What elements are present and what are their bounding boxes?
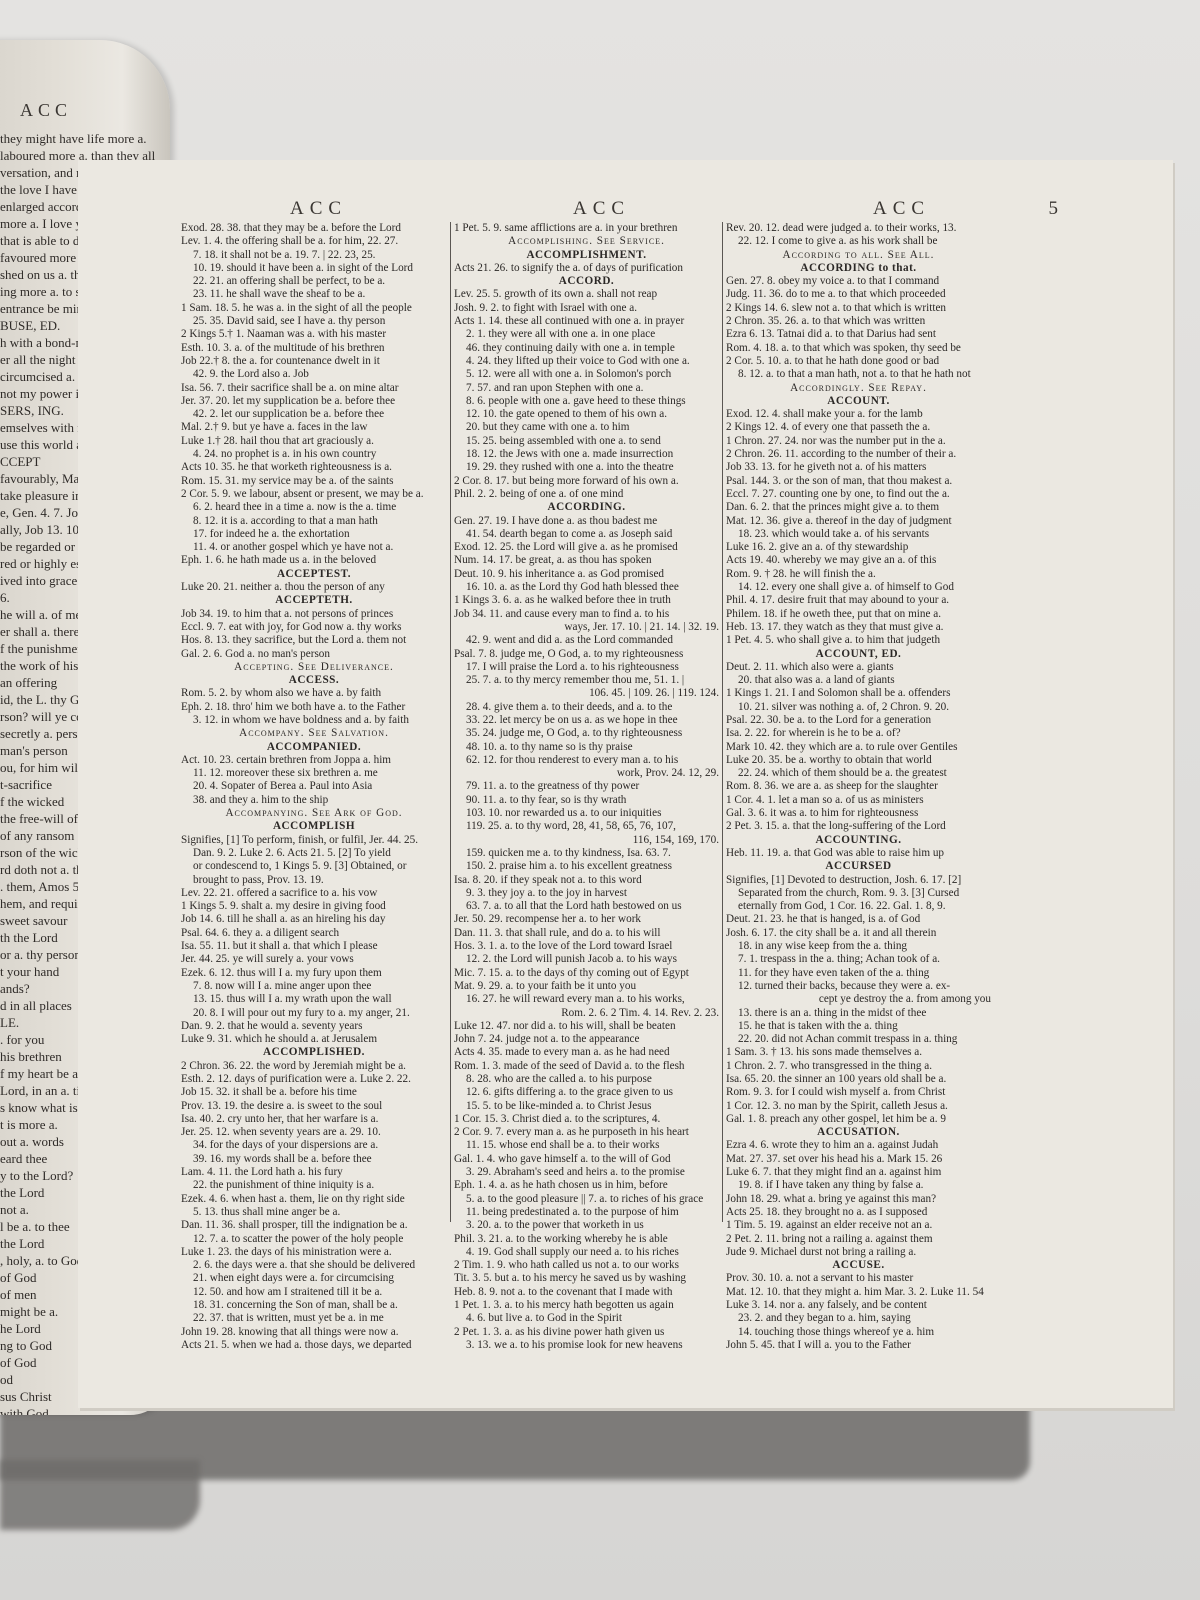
entry-line: Hos. 3. 1. a. to the love of the Lord to… xyxy=(454,940,719,953)
entry-line: Eph. 1. 6. he hath made us a. in the bel… xyxy=(181,554,447,567)
entry-line: Luke 1. 23. the days of his ministration… xyxy=(181,1246,447,1259)
left-page-line: they might have life more a. xyxy=(0,130,170,147)
entry-line: 2 Chron. 26. 11. according to the number… xyxy=(726,448,991,461)
entry-line: Exod. 28. 38. that they may be a. before… xyxy=(181,222,447,235)
entry-line: Ezek. 6. 12. thus will I a. my fury upon… xyxy=(181,967,447,980)
entry-line: 25. 35. David said, see I have a. thy pe… xyxy=(181,315,447,328)
entry-line: Lev. 25. 5. growth of its own a. shall n… xyxy=(454,288,719,301)
entry-line: Heb. 13. 17. they watch as they that mus… xyxy=(726,621,991,634)
entry-line: Mat. 9. 29. a. to your faith be it unto … xyxy=(454,980,719,993)
entry-line: Jude 9. Michael durst not bring a railin… xyxy=(726,1246,991,1259)
entry-line: Rev. 20. 12. dead were judged a. to thei… xyxy=(726,222,991,235)
entry-line: 8. 28. who are the called a. to his purp… xyxy=(454,1073,719,1086)
entry-line: Acts 19. 40. whereby we may give an a. o… xyxy=(726,554,991,567)
entry-line: 15. he that is taken with the a. thing xyxy=(726,1020,991,1033)
entry-line: 11. 15. whose end shall be a. to their w… xyxy=(454,1139,719,1152)
entry-line: 10. 21. silver was nothing a. of, 2 Chro… xyxy=(726,701,991,714)
entry-line: ways, Jer. 17. 10. | 21. 14. | 32. 19. xyxy=(454,621,719,634)
entry-line: Mat. 12. 36. give a. thereof in the day … xyxy=(726,515,991,528)
entry-line: 3. 13. we a. to his promise look for new… xyxy=(454,1339,719,1352)
entry-line: 2 Cor. 5. 10. a. to that he hath done go… xyxy=(726,355,991,368)
entry-line: John 18. 29. what a. bring ye against th… xyxy=(726,1193,991,1206)
entry-line: Deut. 10. 9. his inheritance a. as God p… xyxy=(454,568,719,581)
entry-line: Josh. 6. 17. the city shall be a. it and… xyxy=(726,927,991,940)
entry-line: Job 22.† 8. the a. for countenance dwelt… xyxy=(181,355,447,368)
entry-line: Lev. 22. 21. offered a sacrifice to a. h… xyxy=(181,887,447,900)
entry-line: 48. 10. a. to thy name so is thy praise xyxy=(454,741,719,754)
entry-line: John 5. 45. that I will a. you to the Fa… xyxy=(726,1339,991,1352)
entry-line: Deut. 2. 11. which also were a. giants xyxy=(726,661,991,674)
entry-line: 2 Chron. 35. 26. a. to that which was wr… xyxy=(726,315,991,328)
entry-line: 2 Cor. 9. 7. every man a. as he purposet… xyxy=(454,1126,719,1139)
entry-line: 14. 12. every one shall give a. of himse… xyxy=(726,581,991,594)
entry-line: 3. 20. a. to the power that worketh in u… xyxy=(454,1219,719,1232)
entry-line: 7. 18. it shall not be a. 19. 7. | 22. 2… xyxy=(181,249,447,262)
entry-line: Exod. 12. 25. the Lord will give a. as h… xyxy=(454,541,719,554)
cross-reference: Accepting. See Deliverance. xyxy=(181,661,447,674)
entry-line: 1 Chron. 2. 7. who transgressed in the t… xyxy=(726,1060,991,1073)
entry-line: 13. there is an a. thing in the midst of… xyxy=(726,1007,991,1020)
page-text-area: ACC ACC ACC 5 Exod. 28. 38. that they ma… xyxy=(178,160,1098,1408)
entry-line: 12. 7. a. to scatter the power of the ho… xyxy=(181,1233,447,1246)
entry-line: 3. 12. in whom we have boldness and a. b… xyxy=(181,714,447,727)
entry-line: 2 Chron. 36. 22. the word by Jeremiah mi… xyxy=(181,1060,447,1073)
entry-line: Mat. 12. 10. that they might a. him Mar.… xyxy=(726,1286,991,1299)
entry-line: Esth. 2. 12. days of purification were a… xyxy=(181,1073,447,1086)
entry-line: Job 15. 32. it shall be a. before his ti… xyxy=(181,1086,447,1099)
entry-line: Mark 10. 42. they which are a. to rule o… xyxy=(726,741,991,754)
entry-line: 3. 29. Abraham's seed and heirs a. to th… xyxy=(454,1166,719,1179)
entry-line: Job 34. 19. to him that a. not persons o… xyxy=(181,608,447,621)
entry-line: Psal. 144. 3. or the son of man, that th… xyxy=(726,475,991,488)
entry-line: Mat. 27. 37. set over his head his a. Ma… xyxy=(726,1153,991,1166)
headword: ACCOUNT, ED. xyxy=(726,648,991,661)
entry-line: Dan. 9. 2. Luke 2. 6. Acts 21. 5. [2] To… xyxy=(181,847,447,860)
entry-line: 22. 21. an offering shall be perfect, to… xyxy=(181,275,447,288)
entry-line: 106. 45. | 109. 26. | 119. 124. xyxy=(454,687,719,700)
entry-line: Eccl. 9. 7. eat with joy, for God now a.… xyxy=(181,621,447,634)
headword: ACCEPTETH. xyxy=(181,594,447,607)
entry-line: Psal. 64. 6. they a. a diligent search xyxy=(181,927,447,940)
entry-line: Dan. 11. 3. that shall rule, and do a. t… xyxy=(454,927,719,940)
entry-line: Acts 4. 35. made to every man a. as he h… xyxy=(454,1046,719,1059)
entry-line: Eph. 1. 4. a. as he hath chosen us in hi… xyxy=(454,1179,719,1192)
cross-reference: Accompany. See Salvation. xyxy=(181,727,447,740)
entry-line: 4. 24. they lifted up their voice to God… xyxy=(454,355,719,368)
entry-line: Philem. 18. if he oweth thee, put that o… xyxy=(726,608,991,621)
page-number: 5 xyxy=(1049,198,1059,220)
entry-line: 5. 12. were all with one a. in Solomon's… xyxy=(454,368,719,381)
entry-line: 2 Pet. 2. 11. bring not a railing a. aga… xyxy=(726,1233,991,1246)
entry-line: Phil. 2. 2. being of one a. of one mind xyxy=(454,488,719,501)
cross-reference: Accordingly. See Repay. xyxy=(726,382,991,395)
entry-line: 46. they continuing daily with one a. in… xyxy=(454,342,719,355)
entry-line: Tit. 3. 5. but a. to his mercy he saved … xyxy=(454,1272,719,1285)
running-header: ACC ACC ACC 5 xyxy=(178,198,1098,222)
entry-line: 159. quicken me a. to thy kindness, Isa.… xyxy=(454,847,719,860)
entry-line: 1 Sam. 18. 5. he was a. in the sight of … xyxy=(181,302,447,315)
entry-line: 2 Kings 14. 6. slew not a. to that which… xyxy=(726,302,991,315)
entry-line: 5. a. to the good pleasure || 7. a. to r… xyxy=(454,1193,719,1206)
entry-line: Hos. 8. 13. they sacrifice, but the Lord… xyxy=(181,634,447,647)
entry-line: 15. 5. to be like-minded a. to Christ Je… xyxy=(454,1100,719,1113)
entry-line: Isa. 56. 7. their sacrifice shall be a. … xyxy=(181,382,447,395)
entry-line: 22. 20. did not Achan commit trespass in… xyxy=(726,1033,991,1046)
entry-line: Gal. 1. 8. preach any other gospel, let … xyxy=(726,1113,991,1126)
entry-line: 12. 10. the gate opened to them of his o… xyxy=(454,408,719,421)
entry-line: 4. 6. but live a. to God in the Spirit xyxy=(454,1312,719,1325)
entry-line: 63. 7. a. to all that the Lord hath best… xyxy=(454,900,719,913)
entry-line: Eph. 2. 18. thro' him we both have a. to… xyxy=(181,701,447,714)
entry-line: Luke 20. 35. be a. worthy to obtain that… xyxy=(726,754,991,767)
entry-line: brought to pass, Prov. 13. 19. xyxy=(181,874,447,887)
entry-line: 6. 2. heard thee in a time a. now is the… xyxy=(181,501,447,514)
entry-line: Acts 1. 14. these all continued with one… xyxy=(454,315,719,328)
entry-line: Rom. 15. 31. my service may be a. of the… xyxy=(181,475,447,488)
entry-line: Acts 10. 35. he that worketh righteousne… xyxy=(181,461,447,474)
entry-line: 1 Pet. 5. 9. same afflictions are a. in … xyxy=(454,222,719,235)
entry-line: Isa. 65. 20. the sinner an 100 years old… xyxy=(726,1073,991,1086)
running-head-left: ACC xyxy=(290,198,347,220)
entry-line: 119. 25. a. to thy word, 28, 41, 58, 65,… xyxy=(454,820,719,833)
entry-line: 19. 8. if I have taken any thing by fals… xyxy=(726,1179,991,1192)
entry-line: 20. that also was a. a land of giants xyxy=(726,674,991,687)
entry-line: Mal. 2.† 9. but ye have a. faces in the … xyxy=(181,421,447,434)
entry-line: 14. touching those things whereof ye a. … xyxy=(726,1326,991,1339)
entry-line: 5. 13. thus shall mine anger be a. xyxy=(181,1206,447,1219)
entry-line: Luke 16. 2. give an a. of thy stewardshi… xyxy=(726,541,991,554)
entry-line: 18. in any wise keep from the a. thing xyxy=(726,940,991,953)
entry-line: 15. 25. being assembled with one a. to s… xyxy=(454,435,719,448)
entry-line: Psal. 7. 8. judge me, O God, a. to my ri… xyxy=(454,648,719,661)
entry-line: Lev. 1. 4. the offering shall be a. for … xyxy=(181,235,447,248)
entry-line: Dan. 6. 2. that the princes might give a… xyxy=(726,501,991,514)
entry-line: Phil. 4. 17. desire fruit that may aboun… xyxy=(726,594,991,607)
entry-line: cept ye destroy the a. from among you xyxy=(726,993,991,1006)
entry-line: Josh. 9. 2. to fight with Israel with on… xyxy=(454,302,719,315)
entry-line: 16. 10. a. as the Lord thy God hath bles… xyxy=(454,581,719,594)
entry-line: Isa. 55. 11. but it shall a. that which … xyxy=(181,940,447,953)
entry-line: 1 Tim. 5. 19. against an elder receive n… xyxy=(726,1219,991,1232)
entry-line: 9. 3. they joy a. to the joy in harvest xyxy=(454,887,719,900)
entry-line: Gen. 27. 19. I have done a. as thou bade… xyxy=(454,515,719,528)
entry-line: Rom. 1. 3. made of the seed of David a. … xyxy=(454,1060,719,1073)
entry-line: John 19. 28. knowing that all things wer… xyxy=(181,1326,447,1339)
entry-line: Gal. 2. 6. God a. no man's person xyxy=(181,648,447,661)
entry-line: 20. but they came with one a. to him xyxy=(454,421,719,434)
column-1: Exod. 28. 38. that they may be a. before… xyxy=(178,222,450,1222)
entry-line: Acts 21. 5. when we had a. those days, w… xyxy=(181,1339,447,1352)
entry-line: 116, 154, 169, 170. xyxy=(454,834,719,847)
entry-line: 11. for they have even taken of the a. t… xyxy=(726,967,991,980)
headword: ACCEPTEST. xyxy=(181,568,447,581)
headword: ACCUSE. xyxy=(726,1259,991,1272)
entry-line: work, Prov. 24. 12, 29. xyxy=(454,767,719,780)
entry-line: 2. 1. they were all with one a. in one p… xyxy=(454,328,719,341)
column-2: 1 Pet. 5. 9. same afflictions are a. in … xyxy=(450,222,722,1222)
entry-line: 150. 2. praise him a. to his excellent g… xyxy=(454,860,719,873)
headword: ACCOMPLISH xyxy=(181,820,447,833)
entry-line: 2 Pet. 1. 3. a. as his divine power hath… xyxy=(454,1326,719,1339)
entry-line: Separated from the church, Rom. 9. 3. [3… xyxy=(726,887,991,900)
entry-line: 22. the punishment of thine iniquity is … xyxy=(181,1179,447,1192)
entry-line: Rom. 8. 36. we are a. as sheep for the s… xyxy=(726,780,991,793)
entry-line: Job 33. 13. for he giveth not a. of his … xyxy=(726,461,991,474)
entry-line: 1 Cor. 12. 3. no man by the Spirit, call… xyxy=(726,1100,991,1113)
entry-line: Luke 12. 47. nor did a. to his will, sha… xyxy=(454,1020,719,1033)
entry-line: Rom. 9. † 28. he will finish the a. xyxy=(726,568,991,581)
entry-line: 10. 19. should it have been a. in sight … xyxy=(181,262,447,275)
entry-line: 1 Kings 5. 9. shalt a. my desire in givi… xyxy=(181,900,447,913)
entry-line: Heb. 8. 9. not a. to the covenant that I… xyxy=(454,1286,719,1299)
entry-line: Rom. 5. 2. by whom also we have a. by fa… xyxy=(181,687,447,700)
entry-line: or condescend to, 1 Kings 5. 9. [3] Obta… xyxy=(181,860,447,873)
entry-line: 1 Cor. 4. 1. let a man so a. of us as mi… xyxy=(726,794,991,807)
cross-reference: Accompanying. See Ark of God. xyxy=(181,807,447,820)
entry-line: Prov. 30. 10. a. not a servant to his ma… xyxy=(726,1272,991,1285)
running-head-right: ACC xyxy=(873,198,930,220)
entry-line: 79. 11. a. to the greatness of thy power xyxy=(454,780,719,793)
running-head-center: ACC xyxy=(573,198,630,220)
entry-line: Act. 10. 23. certain brethren from Joppa… xyxy=(181,754,447,767)
right-page: ACC ACC ACC 5 Exod. 28. 38. that they ma… xyxy=(78,160,1173,1408)
entry-line: Judg. 11. 36. do to me a. to that which … xyxy=(726,288,991,301)
headword: ACCORD. xyxy=(454,275,719,288)
entry-line: 2 Cor. 5. 9. we labour, absent or presen… xyxy=(181,488,447,501)
entry-line: 12. 50. and how am I straitened till it … xyxy=(181,1286,447,1299)
entry-line: 2 Tim. 1. 9. who hath called us not a. t… xyxy=(454,1259,719,1272)
entry-line: 12. 2. the Lord will punish Jacob a. to … xyxy=(454,953,719,966)
entry-line: 7. 8. now will I a. mine anger upon thee xyxy=(181,980,447,993)
entry-line: Prov. 13. 19. the desire a. is sweet to … xyxy=(181,1100,447,1113)
entry-line: 25. 7. a. to thy mercy remember thou me,… xyxy=(454,674,719,687)
entry-line: Psal. 22. 30. be a. to the Lord for a ge… xyxy=(726,714,991,727)
entry-line: 22. 12. I come to give a. as his work sh… xyxy=(726,235,991,248)
entry-line: Jer. 37. 20. let my supplication be a. b… xyxy=(181,395,447,408)
entry-line: Signifies, [1] Devoted to destruction, J… xyxy=(726,874,991,887)
entry-line: 42. 2. let our supplication be a. before… xyxy=(181,408,447,421)
entry-line: Isa. 2. 22. for wherein is he to be a. o… xyxy=(726,727,991,740)
cross-reference: According to all. See All. xyxy=(726,249,991,262)
entry-line: Acts 21. 26. to signify the a. of days o… xyxy=(454,262,719,275)
headword: ACCOMPLISHMENT. xyxy=(454,249,719,262)
entry-line: Dan. 9. 2. that he would a. seventy year… xyxy=(181,1020,447,1033)
entry-line: 42. 9. went and did a. as the Lord comma… xyxy=(454,634,719,647)
concordance-columns: Exod. 28. 38. that they may be a. before… xyxy=(178,222,1098,1222)
entry-line: Signifies, [1] To perform, finish, or fu… xyxy=(181,834,447,847)
entry-line: 16. 27. he will reward every man a. to h… xyxy=(454,993,719,1006)
entry-line: 33. 22. let mercy be on us a. as we hope… xyxy=(454,714,719,727)
entry-line: Dan. 11. 36. shall prosper, till the ind… xyxy=(181,1219,447,1232)
entry-line: Rom. 2. 6. 2 Tim. 4. 14. Rev. 2. 23. xyxy=(454,1007,719,1020)
entry-line: Job 14. 6. till he shall a. as an hireli… xyxy=(181,913,447,926)
entry-line: Esth. 10. 3. a. of the multitude of his … xyxy=(181,342,447,355)
entry-line: John 7. 24. judge not a. to the appearan… xyxy=(454,1033,719,1046)
entry-line: 22. 24. which of them should be a. the g… xyxy=(726,767,991,780)
headword: ACCORDING. xyxy=(454,501,719,514)
entry-line: 2 Pet. 3. 15. a. that the long-suffering… xyxy=(726,820,991,833)
entry-line: 41. 54. dearth began to come a. as Josep… xyxy=(454,528,719,541)
entry-line: 23. 11. he shall wave the sheaf to be a. xyxy=(181,288,447,301)
entry-line: Rom. 9. 3. for I could wish myself a. fr… xyxy=(726,1086,991,1099)
entry-line: Phil. 3. 21. a. to the working whereby h… xyxy=(454,1233,719,1246)
entry-line: 8. 12. it is a. according to that a man … xyxy=(181,515,447,528)
entry-line: Exod. 12. 4. shall make your a. for the … xyxy=(726,408,991,421)
entry-line: Ezek. 4. 6. when hast a. them, lie on th… xyxy=(181,1193,447,1206)
entry-line: 11. 4. or another gospel which ye have n… xyxy=(181,541,447,554)
entry-line: Mic. 7. 15. a. to the days of thy coming… xyxy=(454,967,719,980)
entry-line: 8. 6. people with one a. gave heed to th… xyxy=(454,395,719,408)
headword: ACCUSATION. xyxy=(726,1126,991,1139)
entry-line: Acts 25. 18. they brought no a. as I sup… xyxy=(726,1206,991,1219)
entry-line: 23. 2. and they began to a. him, saying xyxy=(726,1312,991,1325)
entry-line: 11. being predestinated a. to the purpos… xyxy=(454,1206,719,1219)
entry-line: 18. 23. which would take a. of his serva… xyxy=(726,528,991,541)
entry-line: 17. for indeed he a. the exhortation xyxy=(181,528,447,541)
entry-line: Rom. 4. 18. a. to that which was spoken,… xyxy=(726,342,991,355)
entry-line: 20. 8. I will pour out my fury to a. my … xyxy=(181,1007,447,1020)
headword: ACCOMPANIED. xyxy=(181,741,447,754)
entry-line: eternally from God, 1 Cor. 16. 22. Gal. … xyxy=(726,900,991,913)
entry-line: 1 Kings 1. 21. I and Solomon shall be a.… xyxy=(726,687,991,700)
entry-line: 21. when eight days were a. for circumci… xyxy=(181,1272,447,1285)
entry-line: Luke 20. 21. neither a. thou the person … xyxy=(181,581,447,594)
entry-line: Lam. 4. 11. the Lord hath a. his fury xyxy=(181,1166,447,1179)
entry-line: 28. 4. give them a. to their deeds, and … xyxy=(454,701,719,714)
entry-line: 103. 10. nor rewarded us a. to our iniqu… xyxy=(454,807,719,820)
entry-line: 11. 12. moreover these six brethren a. m… xyxy=(181,767,447,780)
headword: ACCURSED xyxy=(726,860,991,873)
headword: ACCESS. xyxy=(181,674,447,687)
entry-line: Luke 9. 31. which he should a. at Jerusa… xyxy=(181,1033,447,1046)
entry-line: 38. and they a. him to the ship xyxy=(181,794,447,807)
entry-line: Deut. 21. 23. he that is hanged, is a. o… xyxy=(726,913,991,926)
entry-line: Jer. 25. 12. when seventy years are a. 2… xyxy=(181,1126,447,1139)
entry-line: Luke 3. 14. nor a. any falsely, and be c… xyxy=(726,1299,991,1312)
entry-line: Luke 6. 7. that they might find an a. ag… xyxy=(726,1166,991,1179)
entry-line: Gal. 1. 4. who gave himself a. to the wi… xyxy=(454,1153,719,1166)
entry-line: 18. 31. concerning the Son of man, shall… xyxy=(181,1299,447,1312)
entry-line: 2. 6. the days were a. that she should b… xyxy=(181,1259,447,1272)
entry-line: Ezra 4. 6. wrote they to him an a. again… xyxy=(726,1139,991,1152)
entry-line: 1 Sam. 3. † 13. his sons made themselves… xyxy=(726,1046,991,1059)
left-page-running-head: ACC xyxy=(20,100,72,121)
column-3: Rev. 20. 12. dead were judged a. to thei… xyxy=(722,222,994,1222)
entry-line: 1 Cor. 15. 3. Christ died a. to the scri… xyxy=(454,1113,719,1126)
entry-line: 7. 57. and ran upon Stephen with one a. xyxy=(454,382,719,395)
entry-line: 90. 11. a. to thy fear, so is thy wrath xyxy=(454,794,719,807)
entry-line: Gal. 3. 6. it was a. to him for righteou… xyxy=(726,807,991,820)
entry-line: Isa. 8. 20. if they speak not a. to this… xyxy=(454,874,719,887)
entry-line: 22. 37. that is written, must yet be a. … xyxy=(181,1312,447,1325)
entry-line: 35. 24. judge me, O God, a. to thy right… xyxy=(454,727,719,740)
entry-line: 4. 24. no prophet is a. in his own count… xyxy=(181,448,447,461)
entry-line: 7. 1. trespass in the a. thing; Achan to… xyxy=(726,953,991,966)
headword: ACCOUNT. xyxy=(726,395,991,408)
entry-line: 2 Kings 5.† 1. Naaman was a. with his ma… xyxy=(181,328,447,341)
entry-line: 18. 12. the Jews with one a. made insurr… xyxy=(454,448,719,461)
entry-line: 19. 29. they rushed with one a. into the… xyxy=(454,461,719,474)
entry-line: 8. 12. a. to that a man hath, not a. to … xyxy=(726,368,991,381)
entry-line: Num. 14. 17. be great, a. as thou has sp… xyxy=(454,554,719,567)
entry-line: 12. 6. gifts differing a. to the grace g… xyxy=(454,1086,719,1099)
entry-line: Jer. 50. 29. recompense her a. to her wo… xyxy=(454,913,719,926)
entry-line: 39. 16. my words shall be a. before thee xyxy=(181,1153,447,1166)
entry-line: 2 Cor. 8. 17. but being more forward of … xyxy=(454,475,719,488)
entry-line: 1 Chron. 27. 24. nor was the number put … xyxy=(726,435,991,448)
entry-line: 1 Pet. 1. 3. a. to his mercy hath begott… xyxy=(454,1299,719,1312)
entry-line: Jer. 44. 25. ye will surely a. your vows xyxy=(181,953,447,966)
entry-line: 12. turned their backs, because they wer… xyxy=(726,980,991,993)
entry-line: Job 34. 11. and cause every man to find … xyxy=(454,608,719,621)
entry-line: Isa. 40. 2. cry unto her, that her warfa… xyxy=(181,1113,447,1126)
entry-line: 1 Kings 3. 6. a. as he walked before the… xyxy=(454,594,719,607)
entry-line: 1 Pet. 4. 5. who shall give a. to him th… xyxy=(726,634,991,647)
entry-line: 4. 19. God shall supply our need a. to h… xyxy=(454,1246,719,1259)
entry-line: Gen. 27. 8. obey my voice a. to that I c… xyxy=(726,275,991,288)
entry-line: 17. I will praise the Lord a. to his rig… xyxy=(454,661,719,674)
entry-line: 42. 9. the Lord also a. Job xyxy=(181,368,447,381)
entry-line: 62. 12. for thou renderest to every man … xyxy=(454,754,719,767)
entry-line: Luke 1.† 28. hail thou that art gracious… xyxy=(181,435,447,448)
headword: ACCOUNTING. xyxy=(726,834,991,847)
headword: ACCORDING to that. xyxy=(726,262,991,275)
cross-reference: Accomplishing. See Service. xyxy=(454,235,719,248)
entry-line: 34. for the days of your dispersions are… xyxy=(181,1139,447,1152)
headword: ACCOMPLISHED. xyxy=(181,1046,447,1059)
book-shadow-left xyxy=(0,1460,200,1530)
entry-line: 20. 4. Sopater of Berea a. Paul into Asi… xyxy=(181,780,447,793)
entry-line: Eccl. 7. 27. counting one by one, to fin… xyxy=(726,488,991,501)
entry-line: 13. 15. thus will I a. my wrath upon the… xyxy=(181,993,447,1006)
entry-line: 2 Kings 12. 4. of every one that passeth… xyxy=(726,421,991,434)
entry-line: Heb. 11. 19. a. that God was able to rai… xyxy=(726,847,991,860)
entry-line: Ezra 6. 13. Tatnai did a. to that Darius… xyxy=(726,328,991,341)
